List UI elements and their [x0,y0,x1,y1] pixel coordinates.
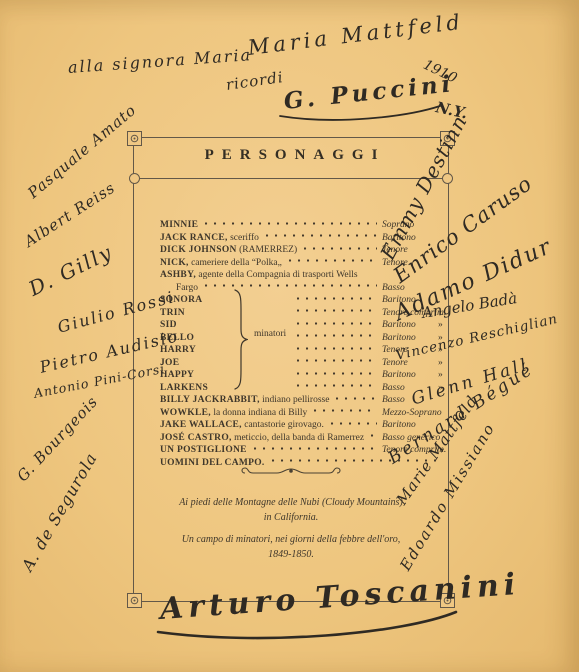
signature-mattfeld-dedication: Maria Mattfeld [247,10,466,60]
signature-dedication-line: alla signora Maria [67,45,252,77]
signature-ricordi: ricordi [225,68,285,94]
signature-amato: Pasquale Amato [24,101,140,202]
signature-reschiglian: Vincenzo Reschiglian [394,311,559,364]
signature-gilly: D. Gilly [25,240,117,301]
signatures-layer: alla signora MariaMaria MattfeldricordiG… [0,0,579,672]
program-page: PERSONAGGI minatori MINNIE Soprano JACK … [0,0,579,672]
